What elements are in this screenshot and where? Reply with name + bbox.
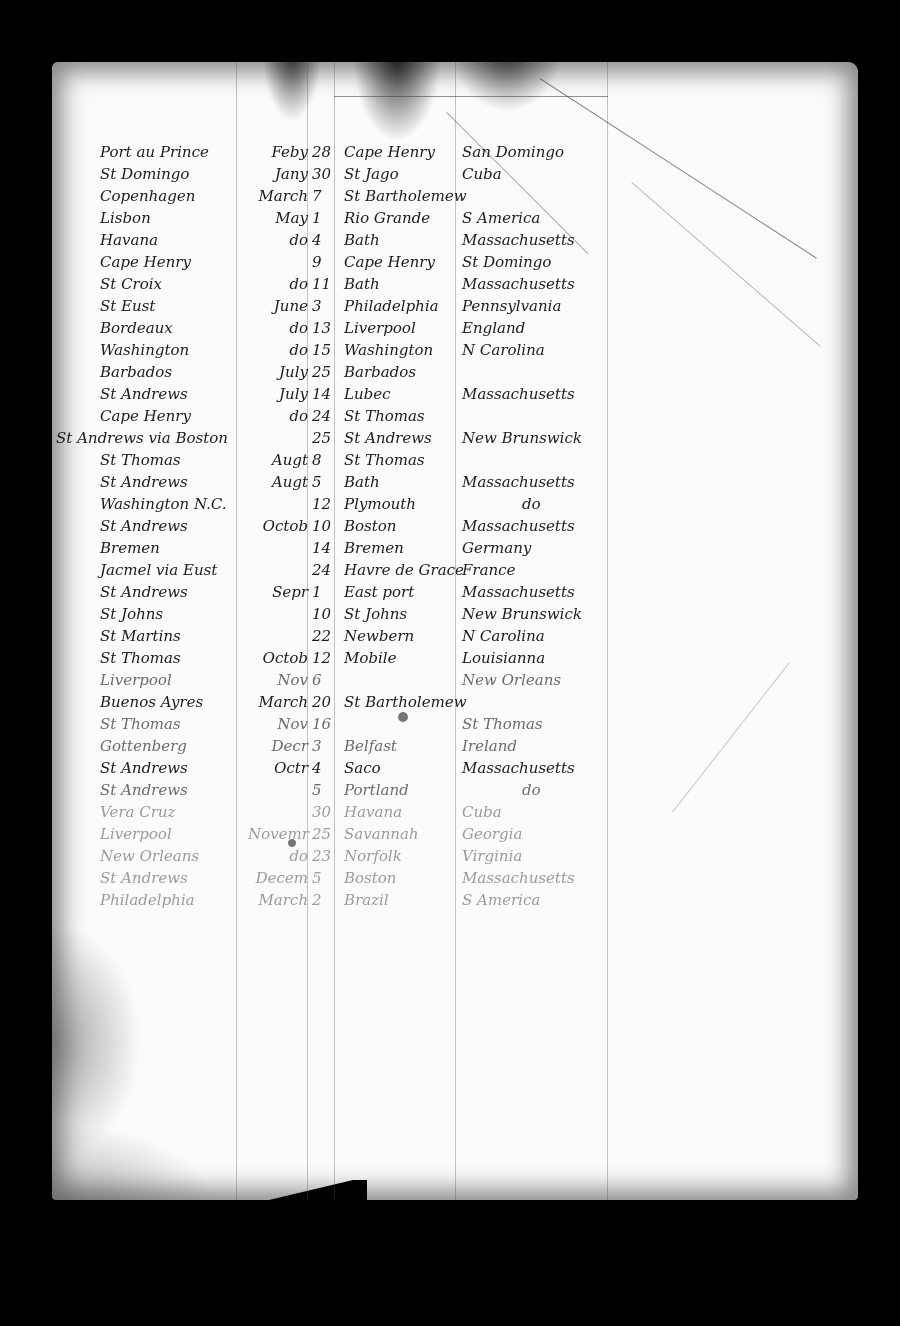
day-cell: 25 — [312, 428, 336, 448]
origin-cell: St Thomas — [344, 450, 425, 470]
origin-cell: Philadelphia — [344, 296, 439, 316]
state-cell: N Carolina — [462, 340, 545, 360]
state-cell: Ireland — [462, 736, 517, 756]
table-row: St AndrewsAugt5BathMassachusetts — [52, 472, 858, 493]
month-cell: Decr — [248, 736, 308, 756]
table-row: Bordeauxdo13LiverpoolEngland — [52, 318, 858, 339]
table-row: Cape Henrydo24St Thomas — [52, 406, 858, 427]
port-cell: St Andrews — [100, 758, 188, 778]
state-cell: Cuba — [462, 802, 502, 822]
state-cell: Massachusetts — [462, 582, 575, 602]
month-cell: Jany — [248, 164, 308, 184]
day-cell: 1 — [312, 208, 336, 228]
month-cell: Novemr — [248, 824, 308, 844]
table-row: LiverpoolNov6New Orleans — [52, 670, 858, 691]
month-cell: May — [248, 208, 308, 228]
origin-cell: St Andrews — [344, 428, 432, 448]
port-cell: Gottenberg — [100, 736, 187, 756]
origin-cell: St Bartholemew — [344, 186, 467, 206]
origin-cell: St Thomas — [344, 406, 425, 426]
origin-cell: Havre de Grace — [344, 560, 464, 580]
port-cell: Cape Henry — [100, 406, 191, 426]
origin-cell: Savannah — [344, 824, 419, 844]
month-cell: do — [248, 274, 308, 294]
table-row: Bremen14BremenGermany — [52, 538, 858, 559]
month-cell: Feby — [248, 142, 308, 162]
table-row: PhiladelphiaMarch2BrazilS America — [52, 890, 858, 911]
port-cell: Liverpool — [100, 824, 172, 844]
table-row: Washington N.C.12Plymouthdo — [52, 494, 858, 515]
port-cell: St Eust — [100, 296, 155, 316]
origin-cell: Liverpool — [344, 318, 416, 338]
port-cell: Jacmel via Eust — [100, 560, 217, 580]
day-cell: 30 — [312, 802, 336, 822]
month-cell: Nov — [248, 670, 308, 690]
torn-corner — [227, 1180, 367, 1200]
state-cell: N Carolina — [462, 626, 545, 646]
day-cell: 5 — [312, 868, 336, 888]
month-cell: June — [248, 296, 308, 316]
table-row: St ThomasOctob12MobileLouisianna — [52, 648, 858, 669]
port-cell: St Andrews — [100, 472, 188, 492]
day-cell: 6 — [312, 670, 336, 690]
table-row: St EustJune3PhiladelphiaPennsylvania — [52, 296, 858, 317]
origin-cell: Newbern — [344, 626, 414, 646]
day-cell: 1 — [312, 582, 336, 602]
port-cell: Copenhagen — [100, 186, 195, 206]
port-cell: St Andrews — [100, 384, 188, 404]
state-cell: Massachusetts — [462, 472, 575, 492]
port-cell: Barbados — [100, 362, 172, 382]
table-row: St AndrewsSepr1East portMassachusetts — [52, 582, 858, 603]
day-cell: 11 — [312, 274, 336, 294]
state-cell: Cuba — [462, 164, 502, 184]
table-row: St AndrewsJuly14LubecMassachusetts — [52, 384, 858, 405]
table-row: GottenbergDecr3BelfastIreland — [52, 736, 858, 757]
origin-cell: Lubec — [344, 384, 391, 404]
state-cell: Louisianna — [462, 648, 545, 668]
month-cell: do — [248, 318, 308, 338]
day-cell: 25 — [312, 362, 336, 382]
port-cell: St Andrews — [100, 868, 188, 888]
origin-cell: Saco — [344, 758, 381, 778]
day-cell: 9 — [312, 252, 336, 272]
day-cell: 3 — [312, 296, 336, 316]
port-cell: St Martins — [100, 626, 181, 646]
origin-cell: Mobile — [344, 648, 396, 668]
origin-cell: Plymouth — [344, 494, 416, 514]
table-row: St AndrewsDecem5BostonMassachusetts — [52, 868, 858, 889]
table-row: St Johns10St JohnsNew Brunswick — [52, 604, 858, 625]
state-cell: Massachusetts — [462, 384, 575, 404]
state-cell: Georgia — [462, 824, 522, 844]
port-cell: Liverpool — [100, 670, 172, 690]
month-cell: do — [248, 340, 308, 360]
origin-cell: Cape Henry — [344, 252, 435, 272]
month-cell: Augt — [248, 450, 308, 470]
month-cell: Octob — [248, 648, 308, 668]
origin-cell: Boston — [344, 868, 396, 888]
table-row: St Croixdo11BathMassachusetts — [52, 274, 858, 295]
table-row: LisbonMay1Rio GrandeS America — [52, 208, 858, 229]
stain — [262, 62, 322, 122]
port-cell: St Johns — [100, 604, 163, 624]
origin-cell: Boston — [344, 516, 396, 536]
month-cell: do — [248, 406, 308, 426]
table-row: Cape Henry9Cape HenrySt Domingo — [52, 252, 858, 273]
day-cell: 13 — [312, 318, 336, 338]
state-cell: Massachusetts — [462, 868, 575, 888]
port-cell: Vera Cruz — [100, 802, 175, 822]
state-cell: do — [522, 780, 541, 800]
day-cell: 10 — [312, 604, 336, 624]
day-cell: 25 — [312, 824, 336, 844]
port-cell: Washington — [100, 340, 189, 360]
table-row: Buenos AyresMarch20St Bartholemew — [52, 692, 858, 713]
port-cell: St Thomas — [100, 450, 181, 470]
table-row: BarbadosJuly25Barbados — [52, 362, 858, 383]
stain — [52, 1122, 222, 1200]
port-cell: St Croix — [100, 274, 162, 294]
state-cell: New Orleans — [462, 670, 561, 690]
day-cell: 8 — [312, 450, 336, 470]
port-cell: Washington N.C. — [100, 494, 227, 514]
origin-cell: Brazil — [344, 890, 389, 910]
day-cell: 15 — [312, 340, 336, 360]
origin-cell: Bath — [344, 230, 380, 250]
month-cell: do — [248, 230, 308, 250]
day-cell: 12 — [312, 648, 336, 668]
origin-cell: St Jago — [344, 164, 399, 184]
month-cell: March — [248, 186, 308, 206]
month-cell: Sepr — [248, 582, 308, 602]
day-cell: 3 — [312, 736, 336, 756]
origin-cell: Havana — [344, 802, 402, 822]
state-cell: Virginia — [462, 846, 522, 866]
state-cell: New Brunswick — [462, 428, 582, 448]
port-cell: Lisbon — [100, 208, 151, 228]
day-cell: 12 — [312, 494, 336, 514]
table-row: Port au PrinceFeby28Cape HenrySan Doming… — [52, 142, 858, 163]
table-row: Vera Cruz30HavanaCuba — [52, 802, 858, 823]
origin-cell: Rio Grande — [344, 208, 430, 228]
table-row: St AndrewsOctr4SacoMassachusetts — [52, 758, 858, 779]
day-cell: 5 — [312, 472, 336, 492]
origin-cell: Belfast — [344, 736, 397, 756]
day-cell: 16 — [312, 714, 336, 734]
day-cell: 2 — [312, 890, 336, 910]
port-cell: Philadelphia — [100, 890, 195, 910]
port-cell: New Orleans — [100, 846, 199, 866]
port-cell: St Thomas — [100, 714, 181, 734]
table-row: Havanado4BathMassachusetts — [52, 230, 858, 251]
month-cell: July — [248, 384, 308, 404]
state-cell: San Domingo — [462, 142, 564, 162]
origin-cell: Portland — [344, 780, 409, 800]
table-row: St Andrews5Portlanddo — [52, 780, 858, 801]
day-cell: 4 — [312, 230, 336, 250]
port-cell: St Thomas — [100, 648, 181, 668]
state-cell: S America — [462, 890, 540, 910]
table-row: St AndrewsOctob10BostonMassachusetts — [52, 516, 858, 537]
origin-cell: Bath — [344, 472, 380, 492]
day-cell: 24 — [312, 560, 336, 580]
state-cell: England — [462, 318, 525, 338]
origin-cell: Cape Henry — [344, 142, 435, 162]
month-cell: March — [248, 890, 308, 910]
month-cell: Nov — [248, 714, 308, 734]
origin-cell: St Johns — [344, 604, 407, 624]
state-cell: St Thomas — [462, 714, 543, 734]
state-cell: France — [462, 560, 515, 580]
state-cell: Pennsylvania — [462, 296, 561, 316]
origin-cell: Bremen — [344, 538, 404, 558]
month-cell: Decem — [248, 868, 308, 888]
month-cell: Octr — [248, 758, 308, 778]
port-cell: St Andrews — [100, 780, 188, 800]
port-cell: Port au Prince — [100, 142, 209, 162]
day-cell: 28 — [312, 142, 336, 162]
port-cell: Bremen — [100, 538, 160, 558]
port-cell: St Andrews — [100, 582, 188, 602]
state-cell: Germany — [462, 538, 531, 558]
day-cell: 7 — [312, 186, 336, 206]
stain — [352, 62, 442, 142]
port-cell: St Domingo — [100, 164, 189, 184]
day-cell: 24 — [312, 406, 336, 426]
state-cell: Massachusetts — [462, 758, 575, 778]
port-cell: Cape Henry — [100, 252, 191, 272]
state-cell: St Domingo — [462, 252, 551, 272]
port-cell: St Andrews — [100, 516, 188, 536]
month-cell: March — [248, 692, 308, 712]
table-row: CopenhagenMarch7St Bartholemew — [52, 186, 858, 207]
port-cell: Buenos Ayres — [100, 692, 203, 712]
day-cell: 10 — [312, 516, 336, 536]
port-cell: St Andrews via Boston — [56, 428, 228, 448]
day-cell: 4 — [312, 758, 336, 778]
table-row: St Martins22NewbernN Carolina — [52, 626, 858, 647]
month-cell: July — [248, 362, 308, 382]
state-cell: Massachusetts — [462, 516, 575, 536]
table-row: St DomingoJany30St JagoCuba — [52, 164, 858, 185]
table-row: Jacmel via Eust24Havre de GraceFrance — [52, 560, 858, 581]
port-cell: Havana — [100, 230, 158, 250]
origin-cell: Washington — [344, 340, 433, 360]
day-cell: 20 — [312, 692, 336, 712]
table-row: Washingtondo15WashingtonN Carolina — [52, 340, 858, 361]
table-row: New Orleansdo23NorfolkVirginia — [52, 846, 858, 867]
month-cell: do — [248, 846, 308, 866]
origin-cell: Bath — [344, 274, 380, 294]
table-row: St ThomasAugt8St Thomas — [52, 450, 858, 471]
day-cell: 22 — [312, 626, 336, 646]
stain — [52, 922, 142, 1162]
day-cell: 14 — [312, 538, 336, 558]
stain — [452, 62, 562, 112]
month-cell: Augt — [248, 472, 308, 492]
origin-cell: Barbados — [344, 362, 416, 382]
state-cell: do — [522, 494, 541, 514]
state-cell: Massachusetts — [462, 230, 575, 250]
table-row: St ThomasNov16St Thomas — [52, 714, 858, 735]
month-cell: Octob — [248, 516, 308, 536]
register-page: Port au PrinceFeby28Cape HenrySan Doming… — [52, 62, 858, 1200]
state-cell: Massachusetts — [462, 274, 575, 294]
day-cell: 5 — [312, 780, 336, 800]
state-cell: S America — [462, 208, 540, 228]
origin-cell: St Bartholemew — [344, 692, 467, 712]
day-cell: 30 — [312, 164, 336, 184]
day-cell: 23 — [312, 846, 336, 866]
origin-cell: East port — [344, 582, 414, 602]
day-cell: 14 — [312, 384, 336, 404]
state-cell: New Brunswick — [462, 604, 582, 624]
port-cell: Bordeaux — [100, 318, 173, 338]
table-row: St Andrews via Boston25St AndrewsNew Bru… — [52, 428, 858, 449]
origin-cell: Norfolk — [344, 846, 402, 866]
table-row: LiverpoolNovemr25SavannahGeorgia — [52, 824, 858, 845]
